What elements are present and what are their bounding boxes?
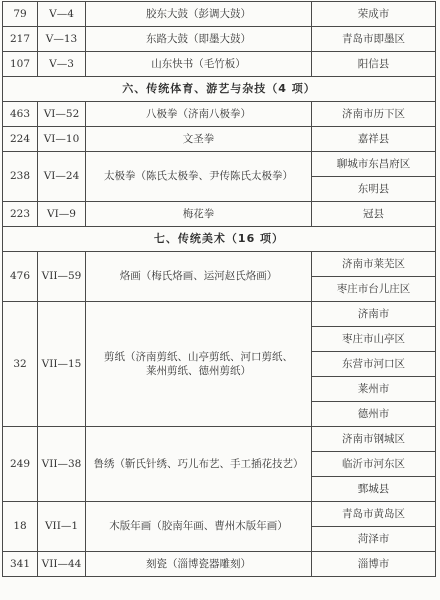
- item-number: 79: [3, 2, 38, 27]
- item-number: 249: [3, 427, 38, 502]
- item-name: 烙画（梅氏烙画、运河赵氏烙画）: [86, 252, 312, 302]
- table-row: 107V—3山东快书（毛竹板）阳信县: [3, 52, 436, 77]
- item-region: 济南市莱芜区: [312, 252, 436, 277]
- item-region: 东营市河口区: [312, 352, 436, 377]
- table-row: 79V—4胶东大鼓（彭调大鼓）荣成市: [3, 2, 436, 27]
- item-number: 463: [3, 102, 38, 127]
- item-region: 莱州市: [312, 377, 436, 402]
- item-name: 八极拳（济南八极拳）: [86, 102, 312, 127]
- table-row: 224VI—10文圣拳嘉祥县: [3, 127, 436, 152]
- item-region: 阳信县: [312, 52, 436, 77]
- table-row: 249VII—38鲁绣（靳氏针绣、巧儿布艺、手工插花技艺）济南市钢城区: [3, 427, 436, 452]
- item-region: 枣庄市山亭区: [312, 327, 436, 352]
- item-name: 太极拳（陈氏太极拳、尹传陈氏太极拳）: [86, 152, 312, 202]
- item-code: VII—44: [38, 552, 86, 577]
- item-region: 东明县: [312, 177, 436, 202]
- item-code: VII—1: [38, 502, 86, 552]
- table-row: 32VII—15剪纸（济南剪纸、山亭剪纸、河口剪纸、莱州剪纸、德州剪纸）济南市: [3, 302, 436, 327]
- item-code: V—4: [38, 2, 86, 27]
- section-header-label: 七、传统美术（16 项）: [3, 227, 436, 252]
- item-name-line: 剪纸（济南剪纸、山亭剪纸、河口剪纸、: [104, 351, 293, 363]
- table-row: 341VII—44刻瓷（淄博瓷器雕刻）淄博市: [3, 552, 436, 577]
- item-name: 刻瓷（淄博瓷器雕刻）: [86, 552, 312, 577]
- heritage-list-table: 79V—4胶东大鼓（彭调大鼓）荣成市217V—13东路大鼓（即墨大鼓）青岛市即墨…: [2, 1, 436, 577]
- item-name: 剪纸（济南剪纸、山亭剪纸、河口剪纸、莱州剪纸、德州剪纸）: [86, 302, 312, 427]
- table-row: 18VII—1木版年画（胶南年画、曹州木版年画）青岛市黄岛区: [3, 502, 436, 527]
- table-row: 238VI—24太极拳（陈氏太极拳、尹传陈氏太极拳）聊城市东昌府区: [3, 152, 436, 177]
- item-number: 217: [3, 27, 38, 52]
- item-region: 青岛市黄岛区: [312, 502, 436, 527]
- item-name-line: 莱州剪纸、德州剪纸）: [146, 365, 251, 377]
- item-name: 东路大鼓（即墨大鼓）: [86, 27, 312, 52]
- table-row: 463VI—52八极拳（济南八极拳）济南市历下区: [3, 102, 436, 127]
- item-region: 嘉祥县: [312, 127, 436, 152]
- item-code: VI—9: [38, 202, 86, 227]
- item-region: 济南市历下区: [312, 102, 436, 127]
- item-number: 107: [3, 52, 38, 77]
- item-region: 菏泽市: [312, 527, 436, 552]
- item-region: 冠县: [312, 202, 436, 227]
- item-name: 文圣拳: [86, 127, 312, 152]
- section-header-row: 七、传统美术（16 项）: [3, 227, 436, 252]
- table-row: 217V—13东路大鼓（即墨大鼓）青岛市即墨区: [3, 27, 436, 52]
- item-name: 胶东大鼓（彭调大鼓）: [86, 2, 312, 27]
- item-number: 341: [3, 552, 38, 577]
- section-header-label: 六、传统体育、游艺与杂技（4 项）: [3, 77, 436, 102]
- section-header-row: 六、传统体育、游艺与杂技（4 项）: [3, 77, 436, 102]
- item-region: 聊城市东昌府区: [312, 152, 436, 177]
- item-code: VI—52: [38, 102, 86, 127]
- item-name: 木版年画（胶南年画、曹州木版年画）: [86, 502, 312, 552]
- item-code: VII—15: [38, 302, 86, 427]
- item-region: 德州市: [312, 402, 436, 427]
- document-page: 79V—4胶东大鼓（彭调大鼓）荣成市217V—13东路大鼓（即墨大鼓）青岛市即墨…: [0, 0, 440, 600]
- item-region: 淄博市: [312, 552, 436, 577]
- item-name: 山东快书（毛竹板）: [86, 52, 312, 77]
- item-number: 223: [3, 202, 38, 227]
- item-region: 枣庄市台儿庄区: [312, 277, 436, 302]
- item-region: 荣成市: [312, 2, 436, 27]
- table-row: 223VI—9梅花拳冠县: [3, 202, 436, 227]
- table-row: 476VII—59烙画（梅氏烙画、运河赵氏烙画）济南市莱芜区: [3, 252, 436, 277]
- item-number: 476: [3, 252, 38, 302]
- item-number: 238: [3, 152, 38, 202]
- item-code: V—3: [38, 52, 86, 77]
- item-code: VII—59: [38, 252, 86, 302]
- item-code: V—13: [38, 27, 86, 52]
- item-region: 鄄城县: [312, 477, 436, 502]
- heritage-table-body: 79V—4胶东大鼓（彭调大鼓）荣成市217V—13东路大鼓（即墨大鼓）青岛市即墨…: [3, 2, 436, 577]
- item-number: 18: [3, 502, 38, 552]
- item-code: VII—38: [38, 427, 86, 502]
- item-name: 梅花拳: [86, 202, 312, 227]
- item-region: 济南市钢城区: [312, 427, 436, 452]
- item-region: 济南市: [312, 302, 436, 327]
- item-region: 临沂市河东区: [312, 452, 436, 477]
- item-number: 224: [3, 127, 38, 152]
- item-number: 32: [3, 302, 38, 427]
- item-name: 鲁绣（靳氏针绣、巧儿布艺、手工插花技艺）: [86, 427, 312, 502]
- item-region: 青岛市即墨区: [312, 27, 436, 52]
- item-code: VI—10: [38, 127, 86, 152]
- item-code: VI—24: [38, 152, 86, 202]
